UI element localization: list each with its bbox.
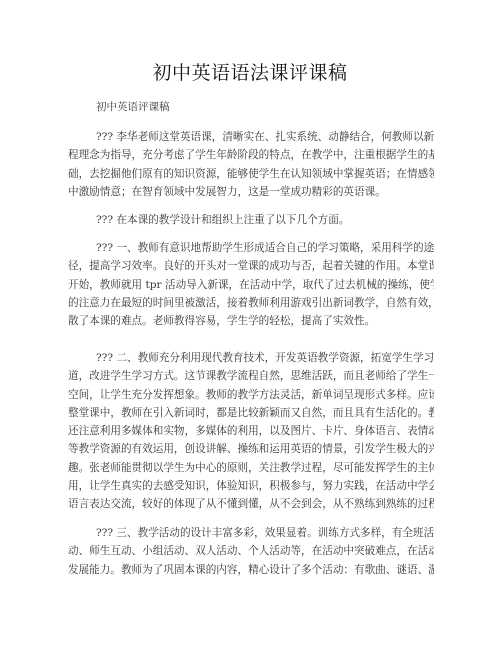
text-line: 径，提高学习效率。良好的开头对一堂课的成功与否，起着关键的作用。本堂课一 xyxy=(68,257,434,275)
text-line: 的注意力在最短的时间里被激活，接着教师利用游戏引出新词教学，自然有效，分 xyxy=(68,294,434,312)
text-line: 础，去挖掘他们原有的知识资源，能够使学生在认知领域中掌握英语；在情感领域 xyxy=(68,165,434,183)
paragraph-focus: ??? 在本课的教学设计和组织上注重了以下几个方面。 xyxy=(68,211,434,229)
text-line: 用，让学生真实的去感受知识，体验知识，积极参与，努力实践，在活动中学会用 xyxy=(68,477,434,495)
document-title: 初中英语语法课评课稿 xyxy=(0,58,500,85)
paragraph-point-3: ??? 三、教学活动的设计丰富多彩，效果显着。训练方式多样，有全班活 动、师生互… xyxy=(68,524,434,579)
document-page: 初中英语语法课评课稿 初中英语评课稿 ??? 李华老师这堂英语课，清晰实在、扎实… xyxy=(0,0,500,647)
text-line: 还注意利用多媒体和实物，多媒体的利用，以及图片、卡片、身体语言、表情动作 xyxy=(68,422,434,440)
document-subtitle: 初中英语评课稿 xyxy=(96,99,170,114)
text-line: 整堂课中，教师在引入新词时，都是比较新颖而又自然，而且具有生活化的。教师 xyxy=(68,404,434,422)
paragraph-intro: ??? 李华老师这堂英语课，清晰实在、扎实系统、动静结合，何教师以新课 程理念为… xyxy=(68,128,434,201)
text-line: ??? 二、教师充分利用现代教育技术，开发英语教学资源，拓宽学生学习渠 xyxy=(68,349,434,367)
text-line: 散了本课的难点。老师教得容易，学生学的轻松，提高了实效性。 xyxy=(68,312,434,330)
text-line: 中激励情意；在智育领域中发展智力，这是一堂成功精彩的英语课。 xyxy=(68,183,434,201)
text-line: ??? 三、教学活动的设计丰富多彩，效果显着。训练方式多样，有全班活 xyxy=(68,524,434,542)
text-line: ??? 在本课的教学设计和组织上注重了以下几个方面。 xyxy=(68,211,434,229)
text-line: ??? 李华老师这堂英语课，清晰实在、扎实系统、动静结合，何教师以新课 xyxy=(68,128,434,146)
text-line: 程理念为指导，充分考虑了学生年龄阶段的特点，在教学中，注重根据学生的基 xyxy=(68,146,434,164)
text-line: ??? 一、教师有意识地帮助学生形成适合自己的学习策略，采用科学的途 xyxy=(68,239,434,257)
text-line: 发展能力。教师为了巩固本课的内容，精心设计了多个活动：有歌曲、谜语、游 xyxy=(68,561,434,579)
text-line: 趣。张老师能贯彻以学生为中心的原则，关注教学过程，尽可能发挥学生的主体作 xyxy=(68,459,434,477)
text-line: 动、师生互动、小组活动、双人活动、个人活动等，在活动中突破难点，在活动中 xyxy=(68,542,434,560)
text-line: 空间，让学生充分发挥想象。教师的教学方法灵活，新单词呈现形式多样。应该说 xyxy=(68,386,434,404)
text-line: 等教学资源的有效运用，创设讲解、操练和运用英语的情景，引发学生极大的兴 xyxy=(68,440,434,458)
paragraph-point-2: ??? 二、教师充分利用现代教育技术，开发英语教学资源，拓宽学生学习渠 道，改进… xyxy=(68,349,434,514)
text-line: 开始，教师就用 tpr 活动导入新课，在活动中学，取代了过去机械的操练，使学生 xyxy=(68,276,434,294)
paragraph-point-1: ??? 一、教师有意识地帮助学生形成适合自己的学习策略，采用科学的途 径，提高学… xyxy=(68,239,434,330)
text-line: 语言表达交流，较好的体现了从不懂到懂，从不会到会，从不熟练到熟练的过程。 xyxy=(68,495,434,513)
text-line: 道，改进学生学习方式。这节课教学流程自然，思维活跃，而且老师给了学生一些 xyxy=(68,367,434,385)
